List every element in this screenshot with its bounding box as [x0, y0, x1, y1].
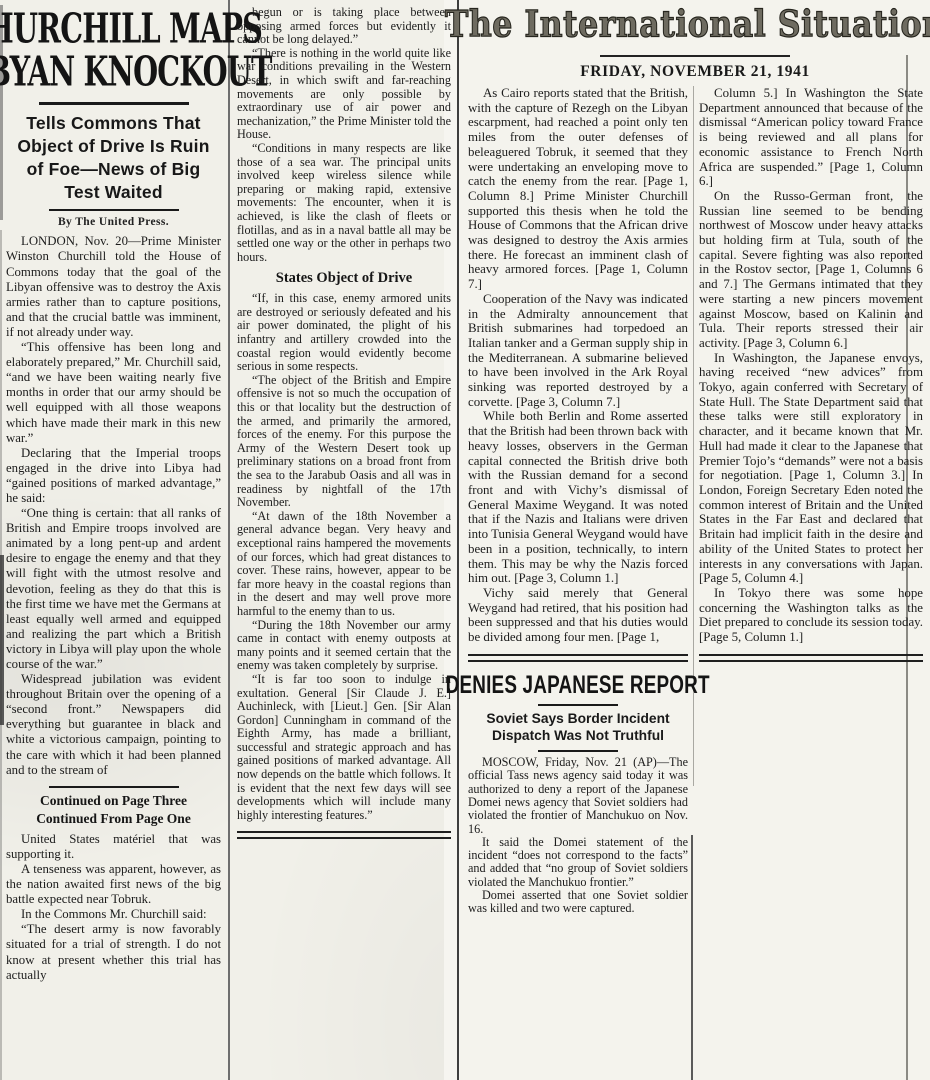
clipping-edge-rule: [457, 0, 459, 1080]
article-body: MOSCOW, Friday, Nov. 21 (AP)—The officia…: [468, 756, 688, 916]
body-paragraph: United States matériel that was supporti…: [6, 832, 221, 862]
article-body: LONDON, Nov. 20—Prime Minister Winston C…: [6, 234, 221, 777]
headline-line-2: LIBYAN KNOCKOUT: [0, 49, 272, 95]
dateline: FRIDAY, NOVEMBER 21, 1941: [466, 63, 924, 81]
column-rule: [691, 835, 693, 1080]
body-paragraph: Vichy said merely that General Weygand h…: [468, 586, 688, 645]
body-paragraph: LONDON, Nov. 20—Prime Minister Winston C…: [6, 234, 221, 340]
section-title-rule: [600, 55, 790, 57]
body-paragraph: “If, in this case, enemy armored units a…: [237, 292, 451, 374]
body-paragraph: A tenseness was apparent, however, as th…: [6, 862, 221, 907]
body-paragraph: “During the 18th November our army came …: [237, 619, 451, 673]
body-paragraph: Cooperation of the Navy was indicated in…: [468, 292, 688, 410]
column-rule: [228, 0, 230, 1080]
scan-edge-artifact: [0, 555, 4, 725]
body-paragraph: Domei asserted that one Soviet soldier w…: [468, 889, 688, 916]
denies-headline-rule: [538, 704, 618, 706]
article-end-rule: [699, 654, 923, 662]
body-paragraph: In Tokyo there was some hope concerning …: [699, 586, 923, 645]
body-paragraph: “This offensive has been long and elabor…: [6, 340, 221, 446]
body-paragraph: MOSCOW, Friday, Nov. 21 (AP)—The officia…: [468, 756, 688, 836]
jump-rule: [49, 786, 179, 788]
international-column-1: As Cairo reports stated that the British…: [468, 86, 688, 916]
body-paragraph: “One thing is certain: that all ranks of…: [6, 506, 221, 672]
body-paragraph: Column 5.] In Washington the State Depar…: [699, 86, 923, 189]
body-paragraph: “The object of the British and Empire of…: [237, 374, 451, 510]
body-paragraph: begun or is taking place between opposin…: [237, 6, 451, 47]
international-column-2: Column 5.] In Washington the State Depar…: [699, 86, 923, 672]
body-paragraph: In the Commons Mr. Churchill said:: [6, 907, 221, 922]
body-paragraph: While both Berlin and Rome asserted that…: [468, 409, 688, 585]
deck-rule: [49, 209, 179, 211]
byline: By The United Press.: [6, 216, 221, 228]
article-body: Column 5.] In Washington the State Depar…: [699, 86, 923, 645]
body-paragraph: “Conditions in many respects are like th…: [237, 142, 451, 264]
jump-line-continued-on: Continued on Page Three: [6, 793, 221, 809]
newspaper-page: CHURCHILL MAPS LIBYAN KNOCKOUT Tells Com…: [0, 0, 930, 1080]
denies-subhead: Soviet Says Border Incident Dispatch Was…: [474, 710, 682, 745]
headline-line-1: CHURCHILL MAPS: [0, 6, 262, 52]
main-headline: LIBYAN KNOCKOUT: [6, 49, 221, 88]
headline-rule: [39, 102, 189, 105]
body-paragraph: On the Russo-German front, the Russian l…: [699, 189, 923, 351]
article-body: “If, in this case, enemy armored units a…: [237, 292, 451, 822]
body-paragraph: As Cairo reports stated that the British…: [468, 86, 688, 292]
body-paragraph: “The desert army is now favorably situat…: [6, 922, 221, 982]
deck-headline: Tells Commons That Object of Drive Is Ru…: [8, 112, 219, 203]
section-title-wrap: The International Situation: [466, 4, 924, 43]
body-paragraph: “At dawn of the 18th November a general …: [237, 510, 451, 619]
body-paragraph: Declaring that the Imperial troops engag…: [6, 446, 221, 506]
denies-subhead-rule: [538, 750, 618, 752]
article-churchill-column-2: begun or is taking place between opposin…: [237, 6, 451, 849]
body-paragraph: It said the Domei statement of the incid…: [468, 836, 688, 889]
section-title: The International Situation: [445, 4, 930, 46]
denies-headline-wrap: DENIES JAPANESE REPORT: [468, 672, 688, 696]
international-situation-header: The International Situation FRIDAY, NOVE…: [466, 4, 924, 81]
crosshead: States Object of Drive: [237, 270, 451, 287]
article-denies: DENIES JAPANESE REPORT Soviet Says Borde…: [468, 672, 688, 916]
body-paragraph: In Washington, the Japanese envoys, havi…: [699, 351, 923, 586]
jump-line-continued-from: Continued From Page One: [6, 811, 221, 827]
article-body: As Cairo reports stated that the British…: [468, 86, 688, 645]
article-churchill-column-1: CHURCHILL MAPS LIBYAN KNOCKOUT Tells Com…: [6, 6, 221, 983]
article-body: begun or is taking place between opposin…: [237, 6, 451, 264]
body-paragraph: Widespread jubilation was evident throug…: [6, 672, 221, 778]
body-paragraph: “It is far too soon to indulge in exulta…: [237, 673, 451, 823]
denies-headline: DENIES JAPANESE REPORT: [446, 672, 710, 700]
body-paragraph: “There is nothing in the world quite lik…: [237, 47, 451, 142]
article-end-rule: [468, 654, 688, 662]
main-headline: CHURCHILL MAPS: [6, 6, 221, 45]
article-end-rule: [237, 831, 451, 839]
article-body: United States matériel that was supporti…: [6, 832, 221, 983]
